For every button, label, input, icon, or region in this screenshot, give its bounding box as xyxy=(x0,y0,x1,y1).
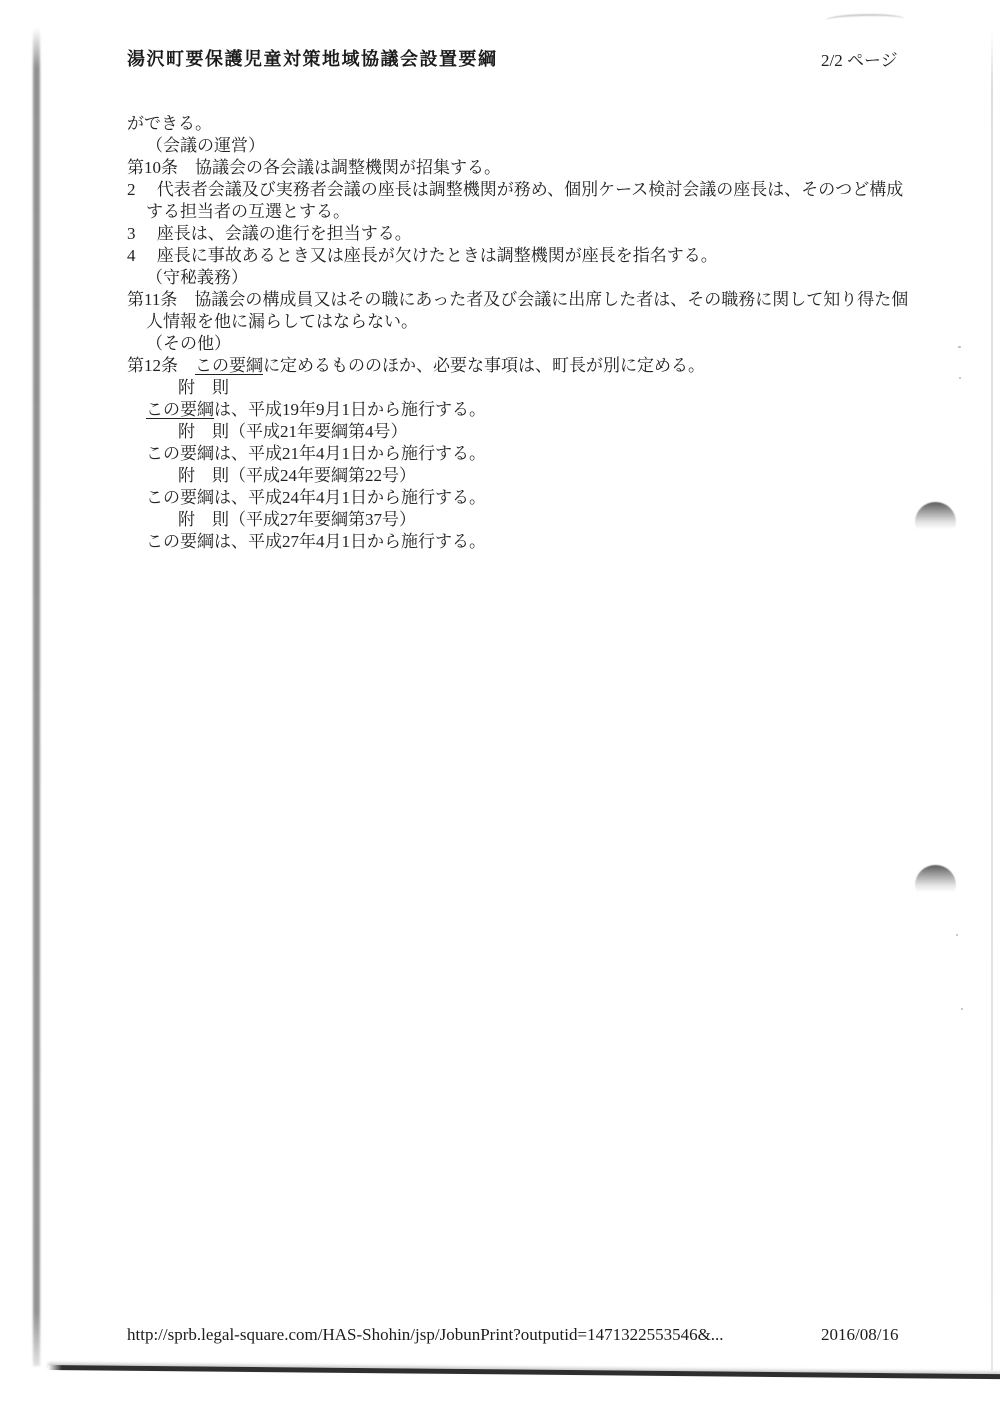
text-segment: 附 則 xyxy=(178,378,229,397)
page-bottom-edge-shadow xyxy=(48,1365,1000,1379)
text-line: （守秘義務） xyxy=(127,267,927,289)
text-line: この要綱は、平成21年4月1日から施行する。 xyxy=(127,443,927,465)
text-segment: 附 則（平成24年要綱第22号） xyxy=(178,466,416,485)
footer-date: 2016/08/16 xyxy=(821,1325,898,1345)
scanned-document-page: 湯沢町要保護児童対策地域協議会設置要綱 2/2 ページ ができる。（会議の運営）… xyxy=(0,0,1000,1411)
text-line: 人情報を他に漏らしてはならない。 xyxy=(127,311,927,333)
text-line: この要綱は、平成19年9月1日から施行する。 xyxy=(127,399,927,421)
text-segment: する担当者の互選とする。 xyxy=(146,202,350,221)
underlined-term: この要綱 xyxy=(146,400,214,419)
text-segment: 附 則（平成27年要綱第37号） xyxy=(178,510,416,529)
hole-punch-mark xyxy=(915,502,956,542)
text-line: 3 座長は、会議の進行を担当する。 xyxy=(127,223,927,245)
text-line: 2 代表者会議及び実務者会議の座長は調整機関が務め、個別ケース検討会議の座長は、… xyxy=(127,179,927,201)
text-line: 附 則（平成24年要綱第22号） xyxy=(127,465,927,487)
text-segment: この要綱は、平成24年4月1日から施行する。 xyxy=(146,488,486,507)
page-left-edge-shadow xyxy=(33,28,40,1366)
text-segment: ができる。 xyxy=(127,114,212,133)
text-segment: 第10条 協議会の各会議は調整機関が招集する。 xyxy=(127,158,501,177)
text-segment: 第11条 協議会の構成員又はその職にあった者及び会議に出席した者は、その職務に関… xyxy=(127,290,908,309)
text-line: 附 則（平成27年要綱第37号） xyxy=(127,509,927,531)
text-line: この要綱は、平成24年4月1日から施行する。 xyxy=(127,487,927,509)
text-line: 第11条 協議会の構成員又はその職にあった者及び会議に出席した者は、その職務に関… xyxy=(127,289,927,311)
text-segment: は、平成19年9月1日から施行する。 xyxy=(214,400,486,419)
text-line: 4 座長に事故あるとき又は座長が欠けたときは調整機関が座長を指名する。 xyxy=(127,245,927,267)
text-line: （会議の運営） xyxy=(127,135,927,157)
text-segment: この要綱は、平成27年4月1日から施行する。 xyxy=(146,532,486,551)
text-line: 第10条 協議会の各会議は調整機関が招集する。 xyxy=(127,157,927,179)
text-line: （その他） xyxy=(127,333,927,355)
scan-speck xyxy=(958,346,961,348)
footer-url: http://sprb.legal-square.com/HAS-Shohin/… xyxy=(127,1325,724,1345)
text-line: する担当者の互選とする。 xyxy=(127,201,927,223)
text-segment: この要綱は、平成21年4月1日から施行する。 xyxy=(146,444,486,463)
text-segment: 3 座長は、会議の進行を担当する。 xyxy=(127,224,412,243)
text-segment: 2 代表者会議及び実務者会議の座長は調整機関が務め、個別ケース検討会議の座長は、… xyxy=(127,180,903,199)
text-line: 附 則（平成21年要綱第4号） xyxy=(127,421,927,443)
text-line: 第12条 この要綱に定めるもののほか、必要な事項は、町長が別に定める。 xyxy=(127,355,927,377)
scan-speck xyxy=(961,1008,963,1010)
text-segment: 附 則（平成21年要綱第4号） xyxy=(178,422,408,441)
text-segment: に定めるもののほか、必要な事項は、町長が別に定める。 xyxy=(263,356,705,375)
text-line: この要綱は、平成27年4月1日から施行する。 xyxy=(127,531,927,553)
document-title: 湯沢町要保護児童対策地域協議会設置要綱 xyxy=(127,45,498,71)
document-body: ができる。（会議の運営）第10条 協議会の各会議は調整機関が招集する。2 代表者… xyxy=(127,113,927,553)
text-segment: 4 座長に事故あるとき又は座長が欠けたときは調整機関が座長を指名する。 xyxy=(127,246,718,265)
text-segment: 第12条 xyxy=(127,356,195,375)
text-segment: （その他） xyxy=(146,334,231,353)
page-number: 2/2 ページ xyxy=(821,46,898,71)
scan-speck xyxy=(959,377,961,379)
page-right-edge-shadow xyxy=(991,30,993,1370)
scan-smudge xyxy=(826,13,904,25)
hole-punch-mark xyxy=(915,865,956,905)
text-line: 附 則 xyxy=(127,377,927,399)
text-segment: （会議の運営） xyxy=(146,136,265,155)
text-segment: （守秘義務） xyxy=(146,268,248,287)
text-segment: 人情報を他に漏らしてはならない。 xyxy=(146,312,418,331)
scan-speck xyxy=(956,934,958,936)
underlined-term: この要綱 xyxy=(195,356,263,375)
text-line: ができる。 xyxy=(127,113,927,135)
